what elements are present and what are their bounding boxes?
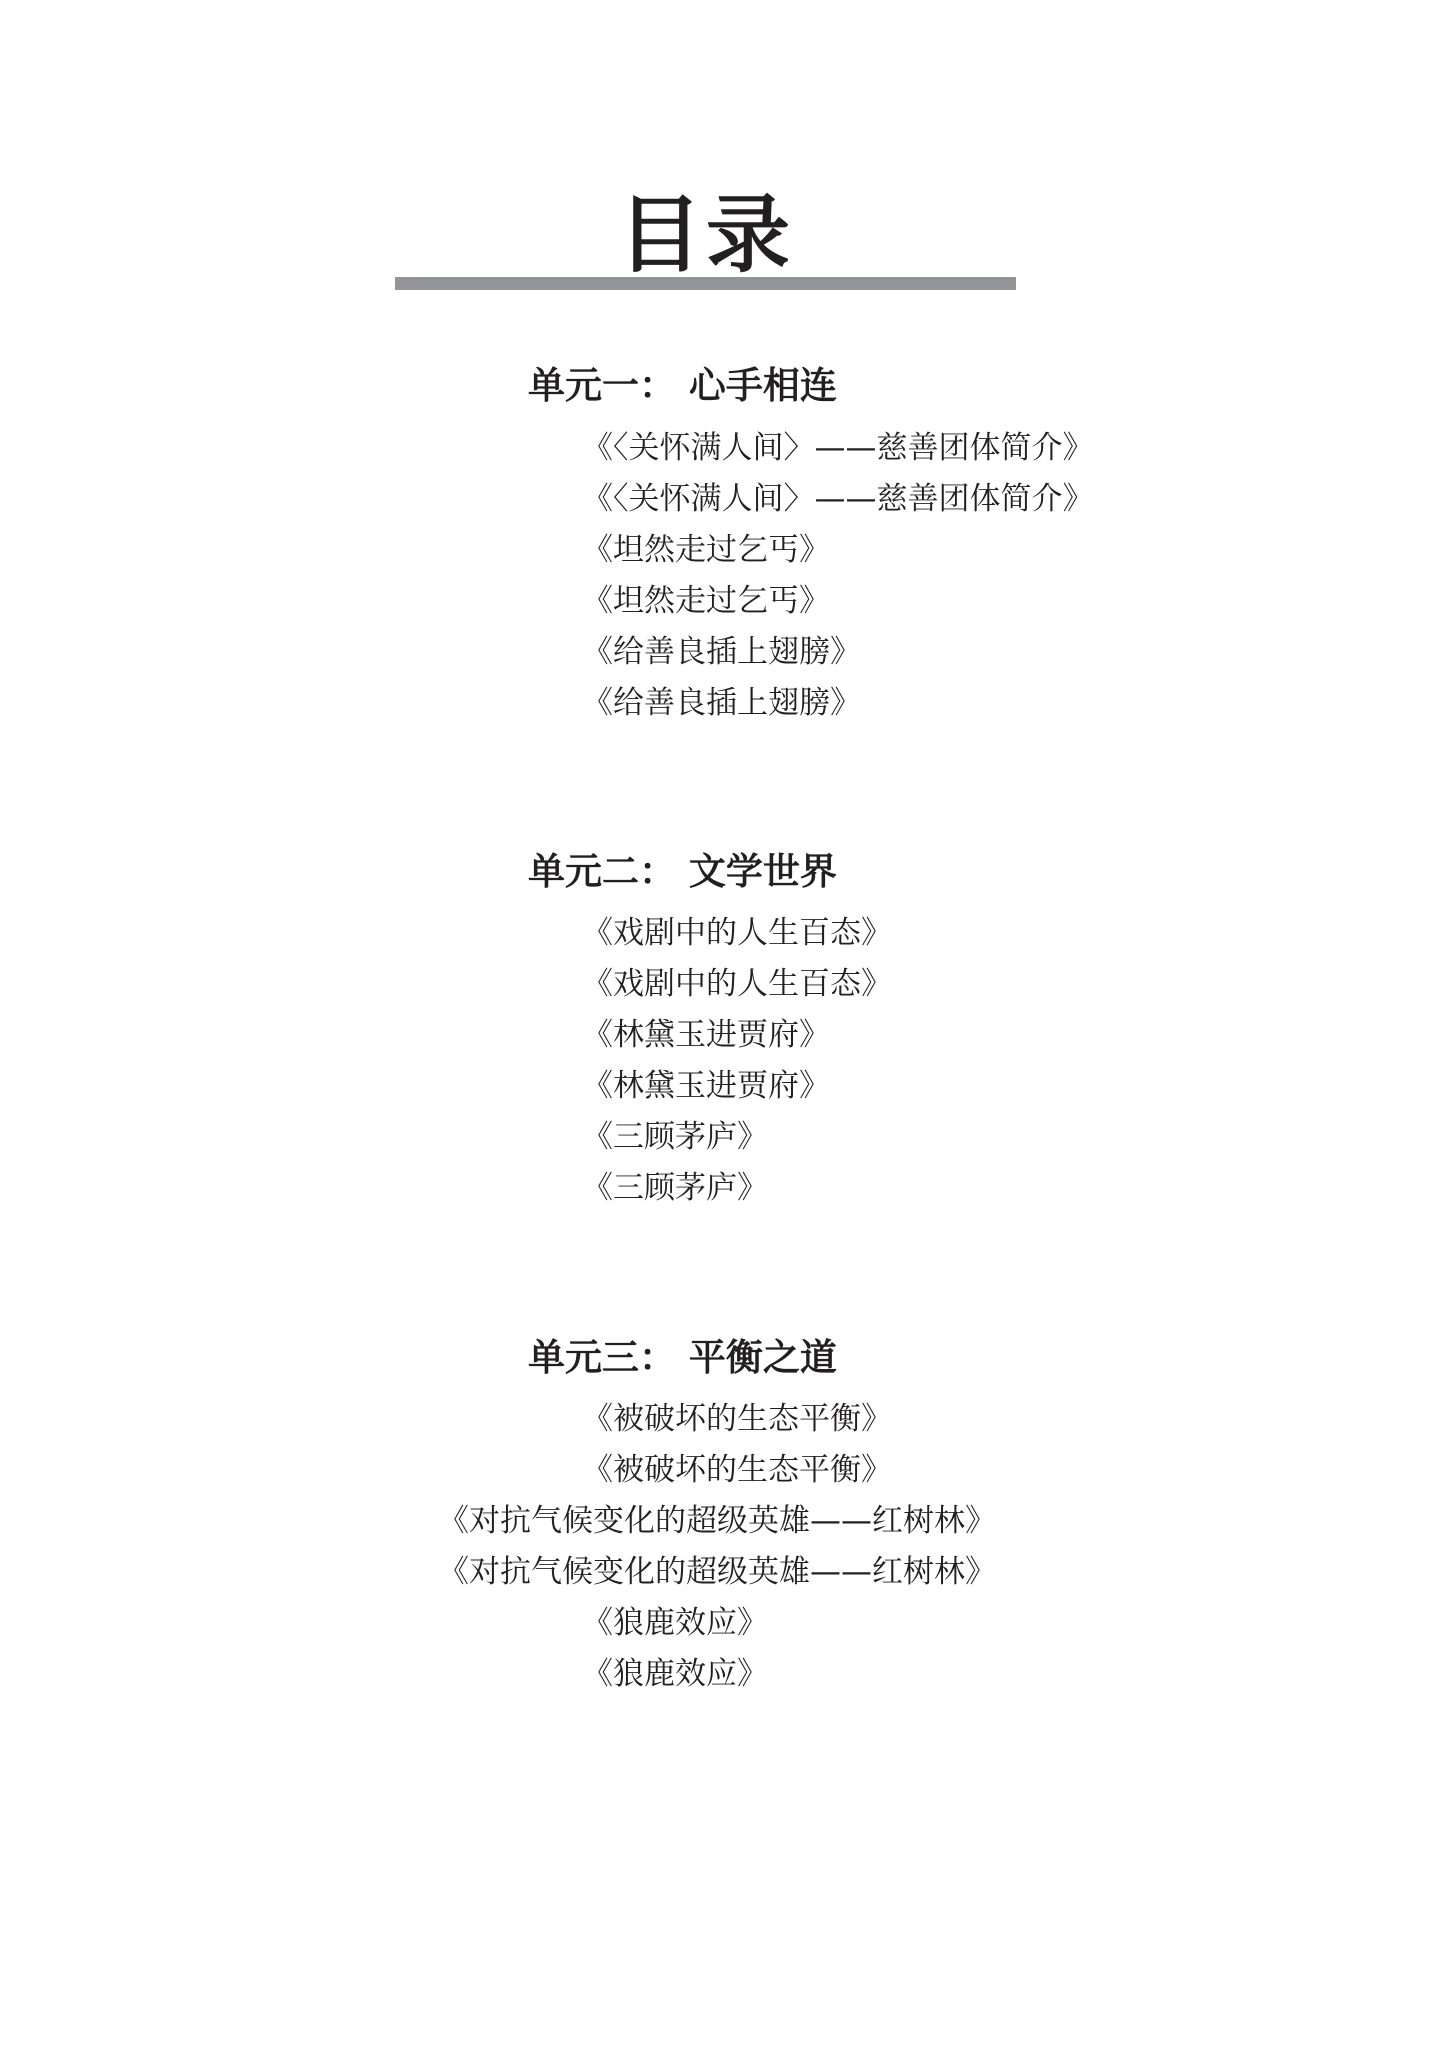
work-title: 《林黛玉进贾府》 — [582, 1009, 830, 1054]
work-title: 《给善良插上翅膀》 — [582, 626, 861, 671]
work-title: 《对抗气候变化的超级英雄——红树林》 — [438, 1546, 996, 1591]
work-title: 《狼鹿效应》 — [582, 1648, 768, 1693]
work-title: 《三顾茅庐》 — [582, 1162, 768, 1207]
work-title: 《戏剧中的人生百态》 — [582, 958, 892, 1003]
work-title: 《狼鹿效应》 — [582, 1597, 768, 1642]
page-title: 目录 — [0, 168, 1412, 289]
work-title: 《戏剧中的人生百态》 — [582, 907, 892, 952]
work-title: 《三顾茅庐》 — [582, 1111, 768, 1156]
work-title: 《林黛玉进贾府》 — [582, 1060, 830, 1105]
unit-heading: 单元二： 文学世界 — [528, 841, 837, 895]
work-title: 《被破坏的生态平衡》 — [582, 1444, 892, 1489]
title-divider — [395, 277, 1016, 290]
work-title: 《〈关怀满人间〉——慈善团体简介》 — [582, 422, 1094, 467]
unit-heading: 单元三： 平衡之道 — [528, 1327, 837, 1381]
work-title: 《被破坏的生态平衡》 — [582, 1393, 892, 1438]
work-title: 《坦然走过乞丐》 — [582, 524, 830, 569]
unit-heading: 单元一： 心手相连 — [528, 355, 837, 409]
work-title: 《对抗气候变化的超级英雄——红树林》 — [438, 1495, 996, 1540]
work-title: 《〈关怀满人间〉——慈善团体简介》 — [582, 473, 1094, 518]
work-title: 《坦然走过乞丐》 — [582, 575, 830, 620]
work-title: 《给善良插上翅膀》 — [582, 677, 861, 722]
